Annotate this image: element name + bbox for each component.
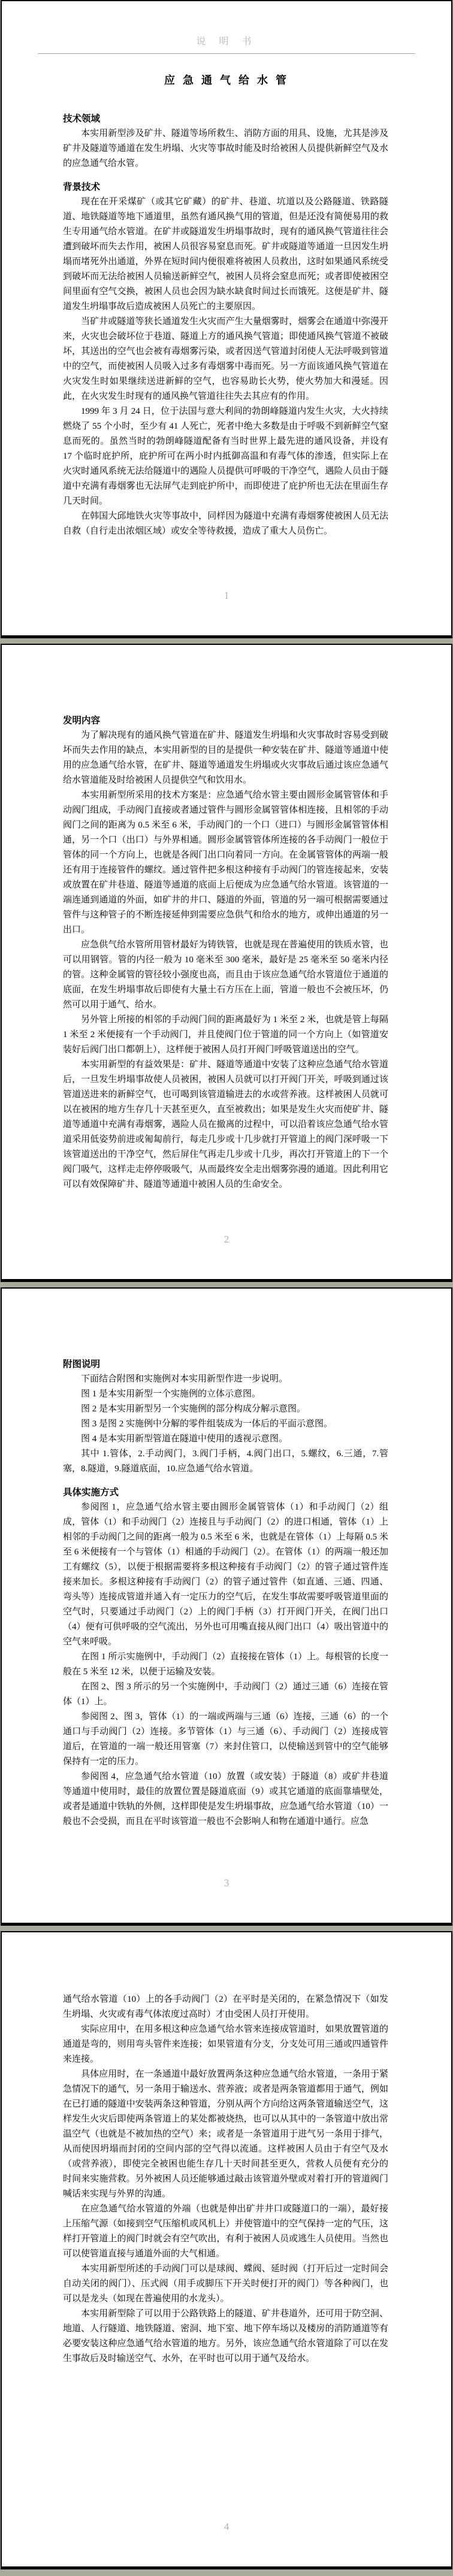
paragraph: 参阅图 2、图 3，管体（1）的一端或两端与三通（6）连接，三通（6）的一个通口…	[63, 1710, 388, 1769]
document-pages: 说 明 书应 急 通 气 给 水 管技术领域本实用新型涉及矿井、隧道等场所救生、…	[0, 0, 453, 2569]
paragraph: 图 4 是本实用新型管道在隧道中使用的透视示意图。	[63, 1432, 388, 1447]
paragraph: 在图 1 所示实施例中，手动阀门（2）直接接在管体（1）上。每根管的长度一般在 …	[63, 1650, 388, 1680]
paragraph: 当矿井或隧道等狭长通道发生火灾而产生大量烟雾时，烟雾会在通道中弥漫开来，火灾也会…	[63, 314, 388, 404]
paragraph: 本实用新型所述的手动阀门可以是球阀、蝶阀、延时阀（打开后过一定时间会自动关闭的阀…	[63, 2262, 388, 2307]
page-content: 通气给水管道（10）上的各手动阀门（2）在平时是关闭的，在紧急情况下（如发生坍塌…	[2, 1932, 451, 2366]
paragraph: 通气给水管道（10）上的各手动阀门（2）在平时是关闭的，在紧急情况下（如发生坍塌…	[63, 1992, 388, 2022]
page-content: 发明内容为了解决现有的通风换气管道在矿井、隧道发生坍塌和火灾事故时容易受到破坏而…	[2, 645, 451, 1192]
paragraph: 实际应用中，在用多根这种应急通气给水管来连接成管道时，如果放置管道的通道是弯的，…	[63, 2022, 388, 2067]
paragraph: 参阅图 1，应急通气给水管主要由圆形金属管管体（1）和手动阀门（2）组成，管体（…	[63, 1500, 388, 1650]
paragraph: 本实用新型的有益效果是：矿井、隧道等通道中安装了这种应急通气给水管道后，一旦发生…	[63, 1057, 388, 1192]
page-2: 发明内容为了解决现有的通风换气管道在矿井、隧道发生坍塌和火灾事故时容易受到破坏而…	[1, 644, 452, 1282]
paragraph: 在应急通气给水管道的外端（也就是伸出矿井井口或隧道口的一端），最好接上压缩气源（…	[63, 2202, 388, 2262]
section-heading: 具体实施方式	[63, 1485, 388, 1500]
paragraph: 本实用新型所采用的技术方案是：应急通气给水管主要由圆形金属管管体和手动阀门组成，…	[63, 788, 388, 938]
paragraph: 图 3 是图 2 实施例中分解的零件组装成为一体后的平面示意图。	[63, 1417, 388, 1432]
paragraph: 图 1 是本实用新型一个实施例的立体示意图。	[63, 1387, 388, 1402]
paragraph: 在图 2、图 3 所示的另一个实施例中，手动阀门（2）通过三通（6）连接在管体（…	[63, 1680, 388, 1710]
section-heading: 背景技术	[63, 180, 388, 195]
header-rule	[38, 53, 415, 54]
section-heading: 技术领域	[63, 111, 388, 126]
page-3: 附图说明下面结合附图和实施例对本实用新型作进一步说明。图 1 是本实用新型一个实…	[1, 1287, 452, 1926]
page-content: 附图说明下面结合附图和实施例对本实用新型作进一步说明。图 1 是本实用新型一个实…	[2, 1289, 451, 1829]
section-heading: 附图说明	[63, 1357, 388, 1372]
page-number: 1	[2, 590, 451, 602]
page-1: 说 明 书应 急 通 气 给 水 管技术领域本实用新型涉及矿井、隧道等场所救生、…	[1, 0, 452, 638]
page-number: 4	[2, 2521, 451, 2533]
paragraph: 下面结合附图和实施例对本实用新型作进一步说明。	[63, 1372, 388, 1387]
paragraph: 参阅图 4，应急通气给水管道（10）放置（或安装）于隧道（8）或矿井巷道等通道中…	[63, 1769, 388, 1829]
paragraph: 本实用新型除了可以用于公路铁路上的隧道、矿井巷道外，还可用于防空洞、地道、人行隧…	[63, 2307, 388, 2366]
paragraph: 具体应用时，在一条通道中最好放置两条这种应急通气给水管道，一条用于紧急情况下的通…	[63, 2067, 388, 2202]
paragraph: 在韩国大邱地铁火灾等事故中，同样因为隧道中充满有毒烟雾使被困人员无法自救（自行走…	[63, 509, 388, 539]
paragraph: 其中 1.管体，2.手动阀门，3.阀门手柄，4.阀门出口，5.螺纹，6.三通，7…	[63, 1447, 388, 1477]
page-4: 通气给水管道（10）上的各手动阀门（2）在平时是关闭的，在紧急情况下（如发生坍塌…	[1, 1931, 452, 2569]
paragraph: 本实用新型涉及矿井、隧道等场所救生、消防方面的用具、设施，尤其是涉及矿井及隧道等…	[63, 126, 388, 171]
paragraph: 图 2 是本实用新型另一个实施例的部分构成分解示意图。	[63, 1402, 388, 1417]
paragraph: 1999 年 3 月 24 日，位于法国与意大利间的勃朗峰隧道内发生火灾，大火持…	[63, 404, 388, 509]
doc-type-header: 说 明 书	[2, 34, 451, 47]
paragraph: 应急供气给水管所用管材最好为铸铁管，也就是现在普遍使用的铁质水管，也可以用钢管。…	[63, 938, 388, 1013]
paragraph: 现在在开采煤矿（或其它矿藏）的矿井、巷道、坑道以及公路隧道、铁路隧道、地铁隧道等…	[63, 195, 388, 314]
document-viewer: { "meta": { "background_color": "#a9a99d…	[0, 0, 453, 2576]
page-number: 2	[2, 1234, 451, 1245]
page-number: 3	[2, 1877, 451, 1889]
page-content: 技术领域本实用新型涉及矿井、隧道等场所救生、消防方面的用具、设施，尤其是涉及矿井…	[2, 87, 451, 539]
section-heading: 发明内容	[63, 713, 388, 728]
doc-title: 应 急 通 气 给 水 管	[2, 72, 451, 87]
paragraph: 为了解决现有的通风换气管道在矿井、隧道发生坍塌和火灾事故时容易受到破坏而失去作用…	[63, 728, 388, 788]
paragraph: 另外管上所接的相邻的手动阀门间的距离最好为 1 米至 2 米，也就是管上每隔 1…	[63, 1013, 388, 1057]
